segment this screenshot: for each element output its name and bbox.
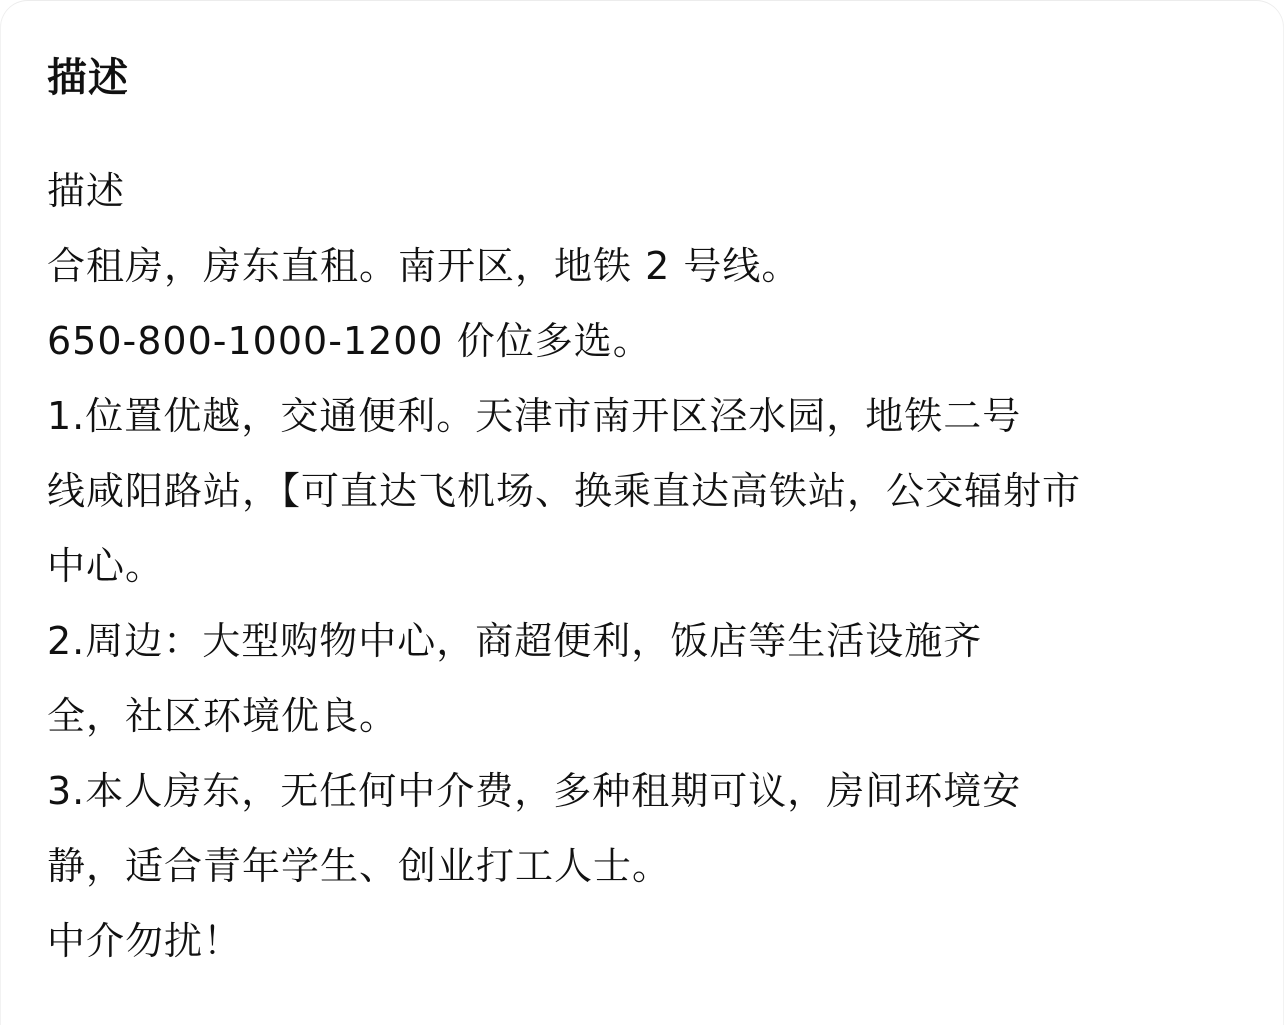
section-title: 描述 bbox=[47, 50, 129, 106]
description-line: 中介勿扰！ bbox=[47, 904, 1247, 979]
description-line: 全，社区环境优良。 bbox=[47, 679, 1247, 754]
description-line: 1.位置优越，交通便利。天津市南开区泾水园，地铁二号 bbox=[47, 379, 1247, 454]
description-line: 静，适合青年学生、创业打工人士。 bbox=[47, 829, 1247, 904]
description-body: 描述 合租房，房东直租。南开区，地铁 2 号线。 650-800-1000-12… bbox=[47, 154, 1247, 979]
description-line: 合租房，房东直租。南开区，地铁 2 号线。 bbox=[47, 229, 1247, 304]
description-line: 线咸阳路站，【可直达飞机场、换乘直达高铁站，公交辐射市 bbox=[47, 454, 1247, 529]
description-line: 650-800-1000-1200 价位多选。 bbox=[47, 304, 1247, 379]
description-line: 中心。 bbox=[47, 529, 1247, 604]
description-line: 2.周边：大型购物中心，商超便利，饭店等生活设施齐 bbox=[47, 604, 1247, 679]
description-card: 描述 描述 合租房，房东直租。南开区，地铁 2 号线。 650-800-1000… bbox=[0, 0, 1284, 1025]
description-line: 3.本人房东，无任何中介费，多种租期可议，房间环境安 bbox=[47, 754, 1247, 829]
description-line: 描述 bbox=[47, 154, 1247, 229]
